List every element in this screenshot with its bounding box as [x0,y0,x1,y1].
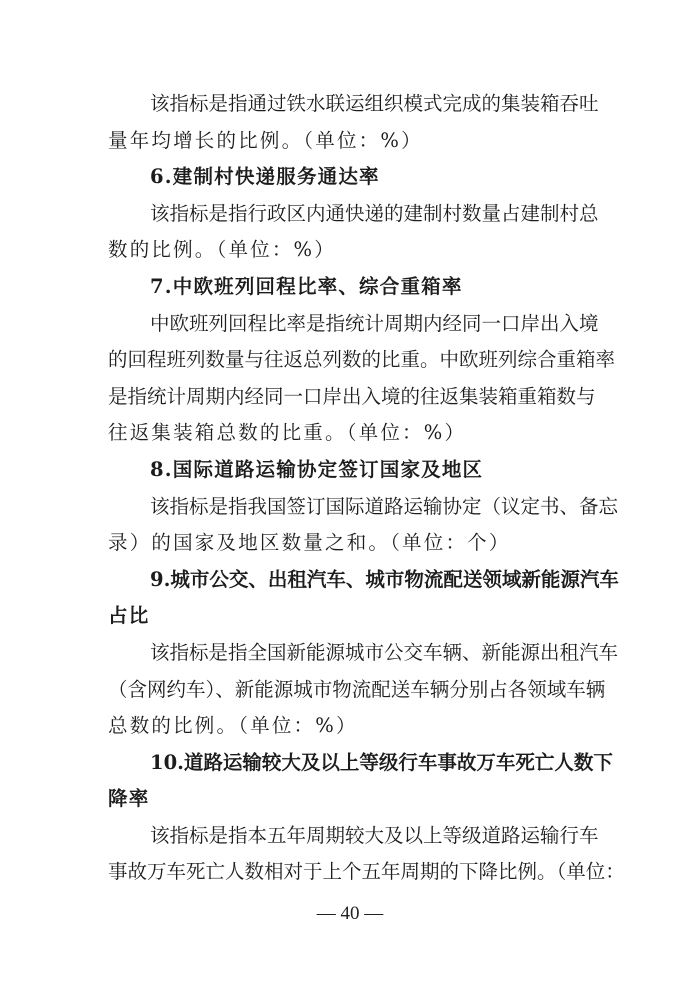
section-heading-10-cont: 降率 [108,781,594,818]
paragraph-line: （含网约车）、新能源城市物流配送车辆分别占各领域车辆 [108,672,594,709]
section-heading-6: 6.建制村快递服务通达率 [108,159,594,196]
paragraph-line: 录）的国家及地区数量之和。（单位：个） [108,525,594,562]
paragraph-line: 该指标是指我国签订国际道路运输协定（议定书、备忘 [108,489,594,526]
section-heading-7: 7.中欧班列回程比率、综合重箱率 [108,269,594,306]
paragraph-line: 是指统计周期内经同一口岸出入境的往返集装箱重箱数与 [108,379,594,416]
section-heading-10: 10.道路运输较大及以上等级行车事故万车死亡人数下 [108,745,594,782]
page-number: — 40 — [0,903,700,925]
section-heading-8: 8.国际道路运输协定签订国家及地区 [108,452,594,489]
paragraph-line: 该指标是指全国新能源城市公交车辆、新能源出租汽车 [108,635,594,672]
paragraph-line: 中欧班列回程比率是指统计周期内经同一口岸出入境 [108,306,594,343]
paragraph-line: 事故万车死亡人数相对于上个五年周期的下降比例。（单位： [108,854,594,891]
paragraph-line: 该指标是指本五年周期较大及以上等级道路运输行车 [108,818,594,855]
paragraph-line: 的回程班列数量与往返总列数的比重。中欧班列综合重箱率 [108,342,594,379]
paragraph-line: 总数的比例。（单位：%） [108,708,594,745]
section-heading-9: 9.城市公交、出租汽车、城市物流配送领域新能源汽车 [108,562,594,599]
paragraph-line: 该指标是指通过铁水联运组织模式完成的集装箱吞吐 [108,86,594,123]
paragraph-line: 往返集装箱总数的比重。（单位：%） [108,415,594,452]
paragraph-line: 量年均增长的比例。（单位：%） [108,123,594,160]
paragraph-line: 该指标是指行政区内通快递的建制村数量占建制村总 [108,196,594,233]
paragraph-line: 数的比例。（单位：%） [108,232,594,269]
section-heading-9-cont: 占比 [108,598,594,635]
document-page: 该指标是指通过铁水联运组织模式完成的集装箱吞吐 量年均增长的比例。（单位：%） … [108,86,594,891]
